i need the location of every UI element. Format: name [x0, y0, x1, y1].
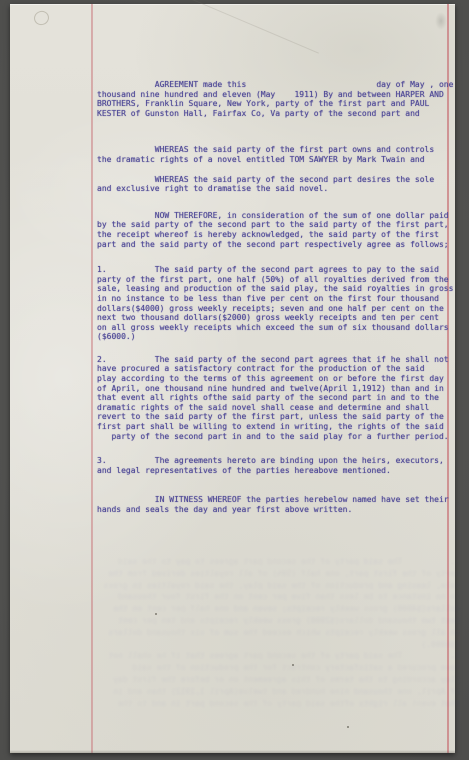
typed-line: part and the said party of the second pa…	[97, 240, 461, 250]
typed-line: next two thousand dollars($2000) gross w…	[97, 313, 461, 323]
typed-line: on all gross weekly receipts which excee…	[97, 323, 461, 333]
bleed-through-line: play according to the terms of this agre…	[88, 674, 460, 686]
typed-line: party of the first part, one half (50%) …	[97, 275, 461, 285]
typed-line: the dramatic rights of a novel entitled …	[97, 155, 461, 165]
typed-line: NOW THEREFORE, in consideration of the s…	[97, 211, 461, 221]
typed-line: WHEREAS the said party of the first part…	[97, 145, 461, 155]
bleed-through-text: 1. The said party of the second part agr…	[88, 556, 460, 709]
typed-line: ($6000.)	[97, 332, 461, 342]
bleed-through-line: 2. The said party of the second part agr…	[88, 650, 460, 662]
paragraph: WHEREAS the said party of the first part…	[97, 145, 461, 164]
corner-smudge	[435, 12, 447, 30]
document-text: AGREEMENT made this day of May , onethou…	[97, 80, 461, 515]
typed-line: dramatic rights of the said novel shall …	[97, 403, 461, 413]
typed-line: the receipt whereof is hereby acknowledg…	[97, 230, 461, 240]
typed-line: thousand nine hundred and eleven (May 19…	[97, 90, 461, 100]
typed-line: in no instance to be less than five per …	[97, 294, 461, 304]
bleed-through-line: 1. The said party of the second part agr…	[88, 556, 460, 568]
typed-line: that event all rights ofthe said party o…	[97, 393, 461, 403]
bleed-through-line: party of the first part, one half (50%) …	[88, 568, 460, 580]
typed-line: and legal representatives of the parties…	[97, 466, 461, 476]
typed-line: 1. The said party of the second part agr…	[97, 265, 461, 275]
typed-line: hands and seals the day and year first a…	[97, 505, 461, 515]
typed-line: IN WITNESS WHEREOF the parties herebelow…	[97, 495, 461, 505]
bleed-through-line: have procured a satisfactory contract fo…	[88, 662, 460, 674]
typed-line: by the said party of the second part to …	[97, 220, 461, 230]
typed-line: first part shall be willing to extend in…	[97, 422, 461, 432]
paragraph: AGREEMENT made this day of May , onethou…	[97, 80, 461, 118]
typed-line: of April, one thousand nine hundred and …	[97, 384, 461, 394]
typed-line: dollars($4000) gross weekly receipts; se…	[97, 304, 461, 314]
bleed-through-line: next two thousand dollars($2000) gross w…	[88, 615, 460, 627]
paper-speck	[347, 726, 349, 728]
bleed-through-line: on all gross weekly receipts which excee…	[88, 627, 460, 639]
typed-line: revert to the said party of the first pa…	[97, 412, 461, 422]
typed-line: have procured a satisfactory contract fo…	[97, 364, 461, 374]
paragraph: 2. The said party of the second part agr…	[97, 355, 461, 441]
paper-crease	[190, 0, 319, 54]
paragraph: NOW THEREFORE, in consideration of the s…	[97, 211, 461, 249]
ring-stain	[32, 9, 51, 27]
bleed-through-line: sale, leasing and production of the said…	[88, 580, 460, 592]
typed-line: and exclusive right to dramatise the sai…	[97, 184, 461, 194]
bleed-through-line: that event all rights ofthe said party o…	[88, 698, 460, 710]
typed-line: sale, leasing and production of the said…	[97, 284, 461, 294]
typed-line: BROTHERS, Franklin Square, New York, par…	[97, 99, 461, 109]
bleed-through-line: dollars($4000) gross weekly receipts; se…	[88, 603, 460, 615]
paper-sheet: 1. The said party of the second part agr…	[10, 4, 455, 753]
typed-line: WHEREAS the said party of the second par…	[97, 175, 461, 185]
paragraph: 3. The agreements hereto are binding upo…	[97, 456, 461, 475]
typed-line: play according to the terms of this agre…	[97, 374, 461, 384]
scanned-page-background: 1. The said party of the second part agr…	[0, 0, 469, 760]
paper-speck	[292, 664, 294, 666]
bleed-through-line: of April, one thousand nine hundred and …	[88, 686, 460, 698]
bleed-through-line: ($6000.)	[88, 639, 460, 651]
typed-line: KESTER of Gunston Hall, Fairfax Co, Va p…	[97, 109, 461, 119]
paragraph: 1. The said party of the second part agr…	[97, 265, 461, 342]
left-margin-rule	[91, 4, 93, 753]
paper-speck	[155, 613, 157, 615]
typed-line: 3. The agreements hereto are binding upo…	[97, 456, 461, 466]
typed-line: AGREEMENT made this day of May , one	[97, 80, 461, 90]
bleed-through-line: in no instance to be less than five per …	[88, 591, 460, 603]
paragraph: IN WITNESS WHEREOF the parties herebelow…	[97, 495, 461, 514]
typed-line: party of the second part in and to the s…	[97, 432, 461, 442]
paragraph: WHEREAS the said party of the second par…	[97, 175, 461, 194]
